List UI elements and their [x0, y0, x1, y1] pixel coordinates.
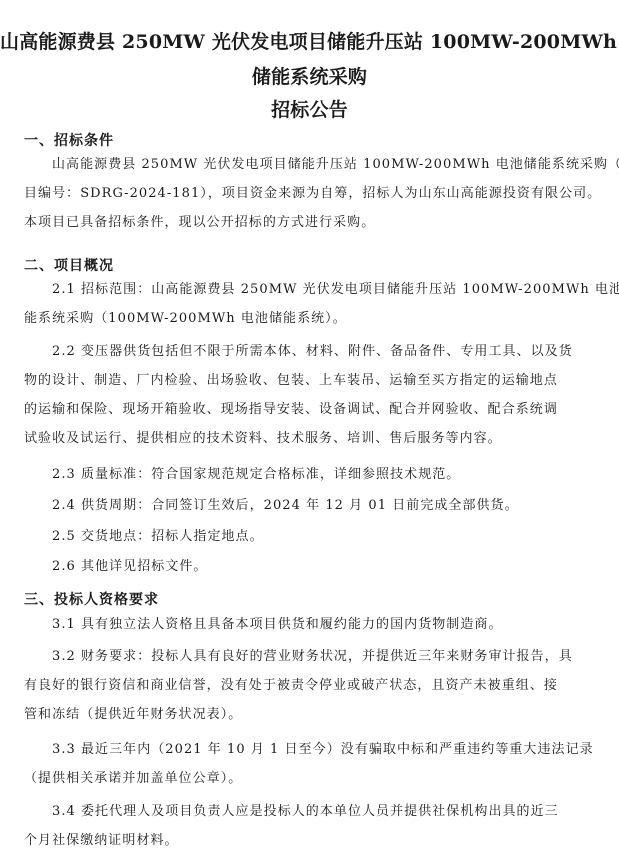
- paragraph-2-1-scope: 2.1 招标范围：山高能源费县 250MW 光伏发电项目储能升压站 100MW-…: [24, 275, 590, 333]
- text-line: 山高能源费县 250MW 光伏发电项目储能升压站 100MW-200MWh 电池…: [24, 150, 590, 179]
- document-title-announcement: 招标公告: [0, 95, 619, 122]
- paragraph-3-3-no-violations: 3.3 最近三年内（2021 年 10 月 1 日至今）没有骗取中标和严重违约等…: [24, 735, 590, 793]
- text-line: 个月社保缴纳证明材料。: [24, 826, 590, 855]
- text-line: 2.2 变压器供货包括但不限于所需本体、材料、附件、备品备件、专用工具、以及货: [24, 337, 590, 366]
- text-line: 3.2 财务要求：投标人具有良好的营业财务状况，并提供近三年来财务审计报告，具: [24, 642, 590, 671]
- paragraph-2-5-delivery-location: 2.5 交货地点：招标人指定地点。: [24, 522, 590, 551]
- paragraph-2-6-other: 2.6 其他详见招标文件。: [24, 552, 590, 581]
- text-line: 2.6 其他详见招标文件。: [24, 552, 590, 581]
- paragraph-3-4-personnel: 3.4 委托代理人及项目负责人应是投标人的本单位人员并提供社保机构出具的近三 个…: [24, 797, 590, 855]
- paragraph-3-2-financial: 3.2 财务要求：投标人具有良好的营业财务状况，并提供近三年来财务审计报告，具 …: [24, 642, 590, 729]
- text-line: 2.3 质量标准：符合国家规范规定合格标准，详细参照技术规范。: [24, 460, 590, 489]
- text-line: 3.1 具有独立法人资格且具备本项目供货和履约能力的国内货物制造商。: [24, 610, 590, 639]
- section-heading-tender-conditions: 一、招标条件: [24, 130, 114, 150]
- text-line: 2.1 招标范围：山高能源费县 250MW 光伏发电项目储能升压站 100MW-…: [24, 275, 590, 304]
- document-title-line-2: 储能系统采购: [0, 62, 619, 89]
- text-line: 试验收及试运行、提供相应的技术资料、技术服务、培训、售后服务等内容。: [24, 424, 590, 453]
- text-line: 物的设计、制造、厂内检验、出场验收、包装、上车装吊、运输至买方指定的运输地点: [24, 366, 590, 395]
- text-line: 本项目已具备招标条件，现以公开招标的方式进行采购。: [24, 208, 590, 237]
- document-title-line-1: 山高能源费县 250MW 光伏发电项目储能升压站 100MW-200MWh 电池: [0, 27, 619, 54]
- paragraph-2-4-delivery-period: 2.4 供货周期：合同签订生效后，2024 年 12 月 01 日前完成全部供货…: [24, 491, 590, 520]
- paragraph-tender-conditions: 山高能源费县 250MW 光伏发电项目储能升压站 100MW-200MWh 电池…: [24, 150, 590, 237]
- text-line: 3.4 委托代理人及项目负责人应是投标人的本单位人员并提供社保机构出具的近三: [24, 797, 590, 826]
- text-line: 2.5 交货地点：招标人指定地点。: [24, 522, 590, 551]
- paragraph-2-3-quality: 2.3 质量标准：符合国家规范规定合格标准，详细参照技术规范。: [24, 460, 590, 489]
- text-line: 3.3 最近三年内（2021 年 10 月 1 日至今）没有骗取中标和严重违约等…: [24, 735, 590, 764]
- section-heading-bidder-qualifications: 三、投标人资格要求: [24, 589, 159, 609]
- paragraph-2-2-supply: 2.2 变压器供货包括但不限于所需本体、材料、附件、备品备件、专用工具、以及货 …: [24, 337, 590, 453]
- text-line: 能系统采购（100MW-200MWh 电池储能系统）。: [24, 304, 590, 333]
- text-line: 的运输和保险、现场开箱验收、现场指导安装、设备调试、配合并网验收、配合系统调: [24, 395, 590, 424]
- text-line: 2.4 供货周期：合同签订生效后，2024 年 12 月 01 日前完成全部供货…: [24, 491, 590, 520]
- text-line: （提供相关承诺并加盖单位公章）。: [24, 764, 590, 793]
- section-heading-project-overview: 二、项目概况: [24, 255, 114, 275]
- text-line: 目编号：SDRG-2024-181），项目资金来源为自筹，招标人为山东山高能源投…: [24, 179, 590, 208]
- paragraph-3-1-legal-entity: 3.1 具有独立法人资格且具备本项目供货和履约能力的国内货物制造商。: [24, 610, 590, 639]
- text-line: 有良好的银行资信和商业信誉，没有处于被责令停业或破产状态，且资产未被重组、接: [24, 671, 590, 700]
- text-line: 管和冻结（提供近年财务状况表）。: [24, 700, 590, 729]
